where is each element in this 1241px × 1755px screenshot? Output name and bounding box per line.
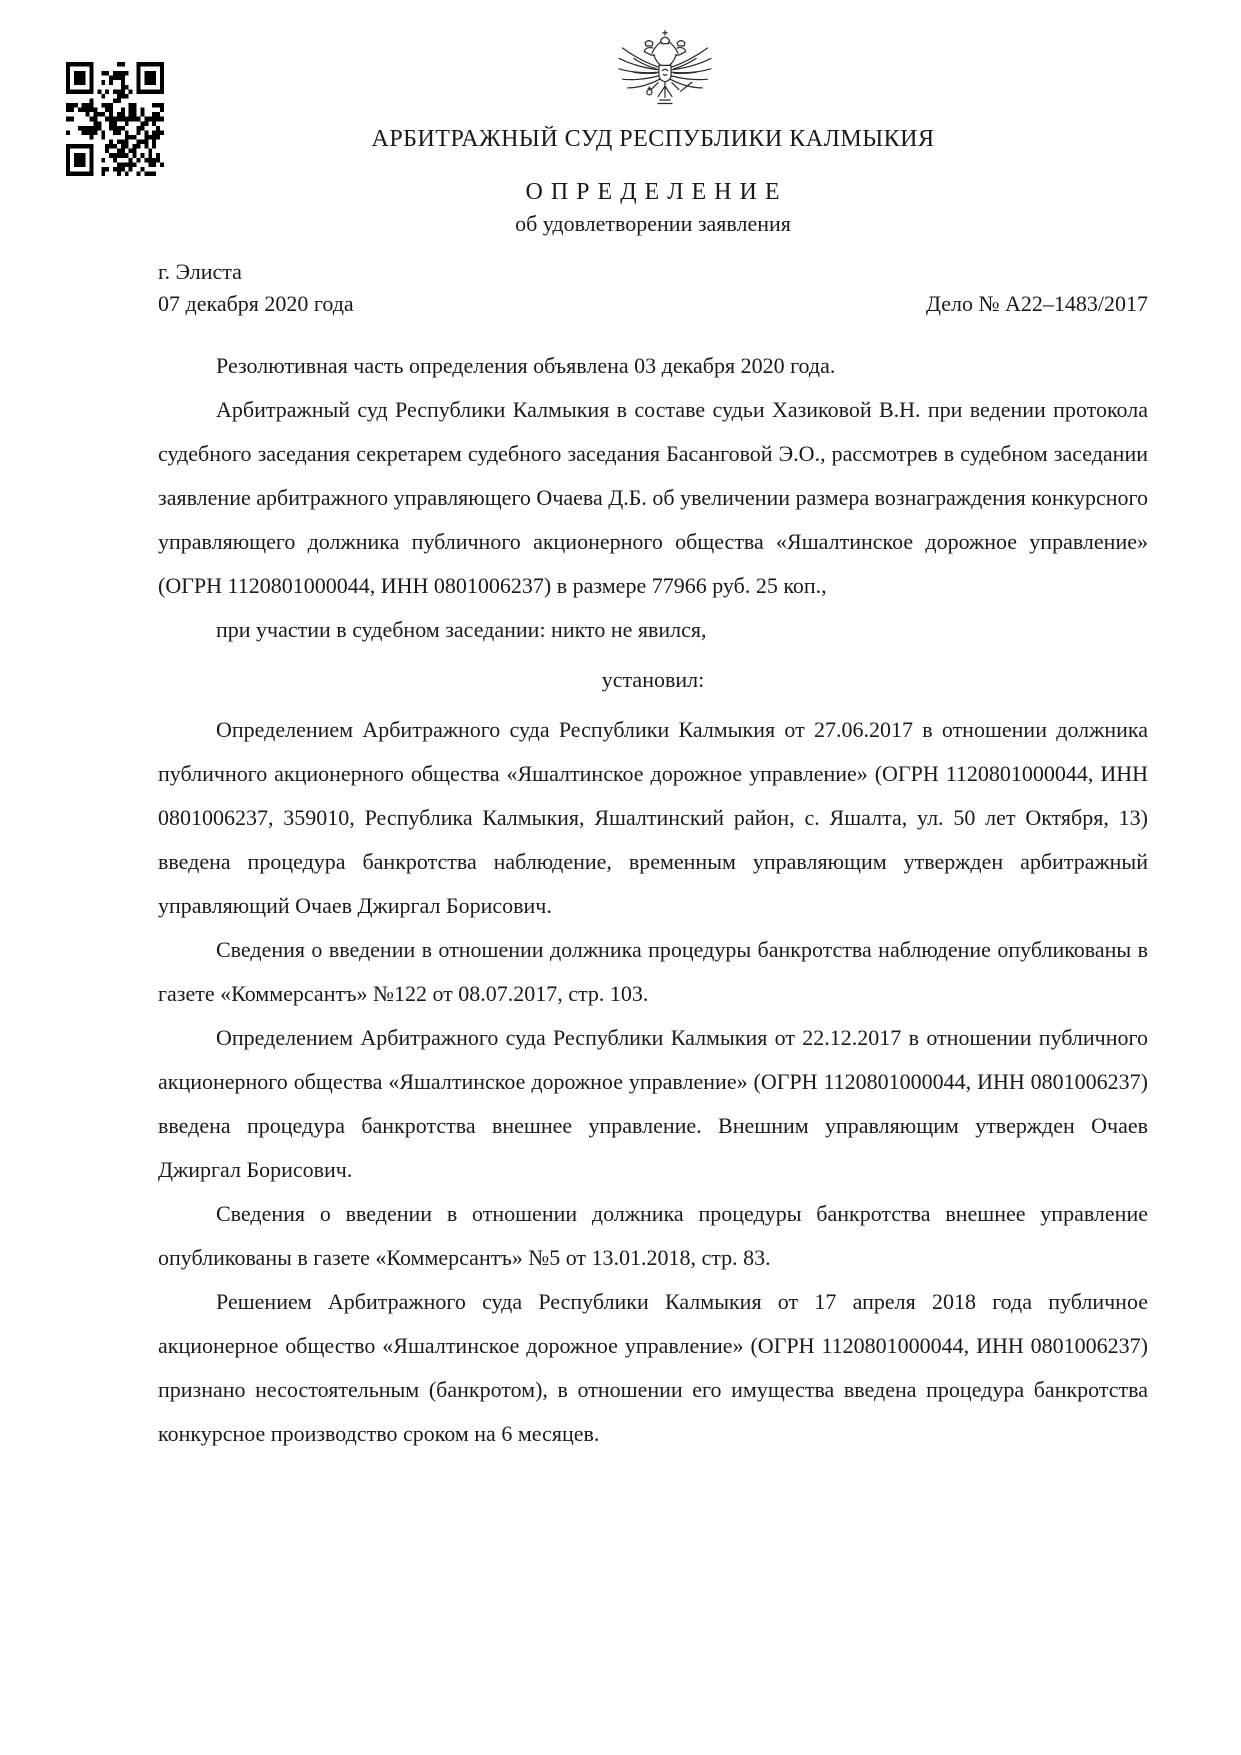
city-line: г. Элиста — [158, 256, 1148, 288]
finding-paragraph-1: Определением Арбитражного суда Республик… — [158, 708, 1148, 928]
date-case-row: 07 декабря 2020 года Дело № А22–1483/201… — [158, 288, 1148, 320]
finding-paragraph-2: Сведения о введении в отношении должника… — [158, 928, 1148, 1016]
finding-paragraph-4: Сведения о введении в отношении должника… — [158, 1192, 1148, 1280]
court-document-page: АРБИТРАЖНЫЙ СУД РЕСПУБЛИКИ КАЛМЫКИЯ О П … — [0, 0, 1241, 1755]
case-number: Дело № А22–1483/2017 — [926, 288, 1148, 320]
coat-of-arms-icon — [613, 26, 717, 122]
qr-code-icon — [66, 62, 164, 176]
court-name: АРБИТРАЖНЫЙ СУД РЕСПУБЛИКИ КАЛМЫКИЯ — [158, 126, 1148, 153]
finding-paragraph-3: Определением Арбитражного суда Республик… — [158, 1016, 1148, 1192]
ustanovil-line: установил: — [158, 658, 1148, 702]
finding-paragraph-5: Решением Арбитражного суда Республики Ка… — [158, 1280, 1148, 1456]
document-type-title: О П Р Е Д Е Л Е Н И Е — [158, 179, 1148, 206]
resolution-announcement: Резолютивная часть определения объявлена… — [158, 344, 1148, 388]
document-subject: об удовлетворении заявления — [158, 211, 1148, 237]
document-body: г. Элиста 07 декабря 2020 года Дело № А2… — [158, 256, 1148, 1456]
document-date: 07 декабря 2020 года — [158, 288, 354, 320]
intro-paragraph: Арбитражный суд Республики Калмыкия в со… — [158, 388, 1148, 608]
attendance-line: при участии в судебном заседании: никто … — [158, 608, 1148, 652]
